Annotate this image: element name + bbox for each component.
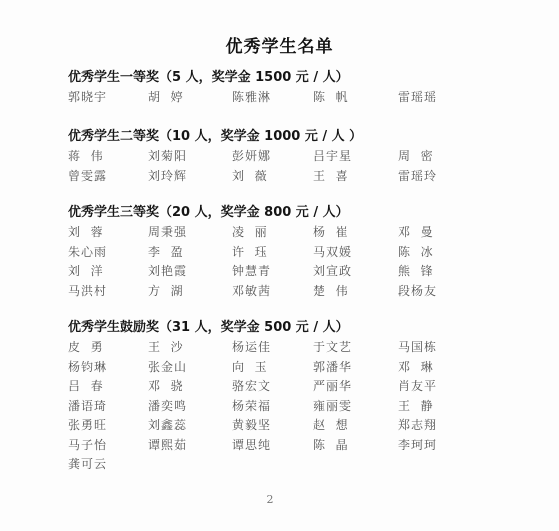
student-name: 刘艳霞 [148,262,187,281]
student-name: 张金山 [148,358,187,377]
student-name: 蒋 伟 [68,147,104,166]
student-name: 邓 骁 [148,377,184,396]
section-header: 优秀学生二等奖（10 人，奖学金 1000 元 / 人 ） [68,127,538,147]
name-list: 刘 蓉 周秉强 凌 丽 杨 崔 邓 曼 朱心雨 李 盈 许 珏 马双媛 陈 冰 … [68,223,538,301]
student-name: 马双媛 [313,243,352,262]
student-name: 吕宇星 [313,147,352,166]
student-name: 楚 伟 [313,282,349,301]
name-list: 皮 勇 王 沙 杨运佳 于文艺 马国栋 杨钧琳 张金山 向 玉 郭潘华 邓 琳 … [68,338,538,475]
student-name: 郑志翔 [398,416,437,435]
student-name: 刘宣政 [313,262,352,281]
student-name: 赵 想 [313,416,349,435]
name-row: 杨钧琳 张金山 向 玉 郭潘华 邓 琳 [68,358,538,378]
student-name: 朱心雨 [68,243,107,262]
student-name: 杨钧琳 [68,358,107,377]
student-name: 陈 冰 [398,243,434,262]
student-name: 向 玉 [232,358,268,377]
student-name: 周 密 [398,147,434,166]
section-encouragement-prize: 优秀学生鼓励奖（31 人，奖学金 500 元 / 人） 皮 勇 王 沙 杨运佳 … [68,318,538,475]
page-title: 优秀学生名单 [0,32,559,57]
section-third-prize: 优秀学生三等奖（20 人，奖学金 800 元 / 人） 刘 蓉 周秉强 凌 丽 … [68,203,538,301]
student-name: 彭妍娜 [232,147,271,166]
student-name: 龚可云 [68,455,107,474]
student-name: 郭晓宇 [68,88,107,107]
name-row: 曾雯露 刘玲辉 刘 薇 王 喜 雷瑶玲 [68,167,538,187]
student-name: 邓敏茜 [232,282,271,301]
student-name: 郭潘华 [313,358,352,377]
name-row: 郭晓宇 胡 婷 陈雅淋 陈 帆 雷瑶瑶 [68,88,538,108]
student-name: 杨 崔 [313,223,349,242]
name-row: 张勇旺 刘鑫蕊 黄毅坚 赵 想 郑志翔 [68,416,538,436]
student-name: 雍丽雯 [313,397,352,416]
student-name: 杨荣福 [232,397,271,416]
name-row: 马子怡 谭熙茹 谭思纯 陈 晶 李珂珂 [68,436,538,456]
student-name: 陈雅淋 [232,88,271,107]
section-first-prize: 优秀学生一等奖（5 人，奖学金 1500 元 / 人） 郭晓宇 胡 婷 陈雅淋 … [68,68,538,108]
name-row: 龚可云 [68,455,538,475]
name-row: 马洪村 方 湖 邓敏茜 楚 伟 段杨友 [68,282,538,302]
student-name: 刘 洋 [68,262,104,281]
student-name: 吕 春 [68,377,104,396]
student-name: 邓 琳 [398,358,434,377]
page-number: 2 [0,493,540,506]
student-name: 陈 晶 [313,436,349,455]
student-name: 刘玲辉 [148,167,187,186]
name-row: 蒋 伟 刘菊阳 彭妍娜 吕宇星 周 密 [68,147,538,167]
name-row: 潘语琦 潘奕鸣 杨荣福 雍丽雯 王 静 [68,397,538,417]
student-name: 凌 丽 [232,223,268,242]
document-page: 优秀学生名单 优秀学生一等奖（5 人，奖学金 1500 元 / 人） 郭晓宇 胡… [0,0,559,531]
student-name: 于文艺 [313,338,352,357]
student-name: 周秉强 [148,223,187,242]
student-name: 谭思纯 [232,436,271,455]
student-name: 刘菊阳 [148,147,187,166]
student-name: 熊 锋 [398,262,434,281]
student-name: 李 盈 [148,243,184,262]
student-name: 陈 帆 [313,88,349,107]
section-header: 优秀学生鼓励奖（31 人，奖学金 500 元 / 人） [68,318,538,338]
student-name: 方 湖 [148,282,184,301]
name-row: 刘 蓉 周秉强 凌 丽 杨 崔 邓 曼 [68,223,538,243]
student-name: 骆宏文 [232,377,271,396]
student-name: 皮 勇 [68,338,104,357]
student-name: 王 沙 [148,338,184,357]
section-second-prize: 优秀学生二等奖（10 人，奖学金 1000 元 / 人 ） 蒋 伟 刘菊阳 彭妍… [68,127,538,186]
student-name: 雷瑶瑶 [398,88,437,107]
name-row: 吕 春 邓 骁 骆宏文 严丽华 肖友平 [68,377,538,397]
student-name: 钟慧青 [232,262,271,281]
student-name: 马国栋 [398,338,437,357]
student-name: 潘奕鸣 [148,397,187,416]
student-name: 张勇旺 [68,416,107,435]
section-header: 优秀学生三等奖（20 人，奖学金 800 元 / 人） [68,203,538,223]
student-name: 段杨友 [398,282,437,301]
section-header: 优秀学生一等奖（5 人，奖学金 1500 元 / 人） [68,68,538,88]
name-list: 郭晓宇 胡 婷 陈雅淋 陈 帆 雷瑶瑶 [68,88,538,108]
student-name: 许 珏 [232,243,268,262]
name-row: 朱心雨 李 盈 许 珏 马双媛 陈 冰 [68,243,538,263]
student-name: 雷瑶玲 [398,167,437,186]
student-name: 马洪村 [68,282,107,301]
student-name: 谭熙茹 [148,436,187,455]
student-name: 黄毅坚 [232,416,271,435]
student-name: 刘鑫蕊 [148,416,187,435]
student-name: 刘 薇 [232,167,268,186]
student-name: 刘 蓉 [68,223,104,242]
student-name: 胡 婷 [148,88,184,107]
student-name: 王 喜 [313,167,349,186]
name-row: 皮 勇 王 沙 杨运佳 于文艺 马国栋 [68,338,538,358]
student-name: 严丽华 [313,377,352,396]
student-name: 肖友平 [398,377,437,396]
name-list: 蒋 伟 刘菊阳 彭妍娜 吕宇星 周 密 曾雯露 刘玲辉 刘 薇 王 喜 雷瑶玲 [68,147,538,186]
student-name: 杨运佳 [232,338,271,357]
student-name: 曾雯露 [68,167,107,186]
student-name: 邓 曼 [398,223,434,242]
student-name: 王 静 [398,397,434,416]
student-name: 马子怡 [68,436,107,455]
student-name: 李珂珂 [398,436,437,455]
student-name: 潘语琦 [68,397,107,416]
name-row: 刘 洋 刘艳霞 钟慧青 刘宣政 熊 锋 [68,262,538,282]
